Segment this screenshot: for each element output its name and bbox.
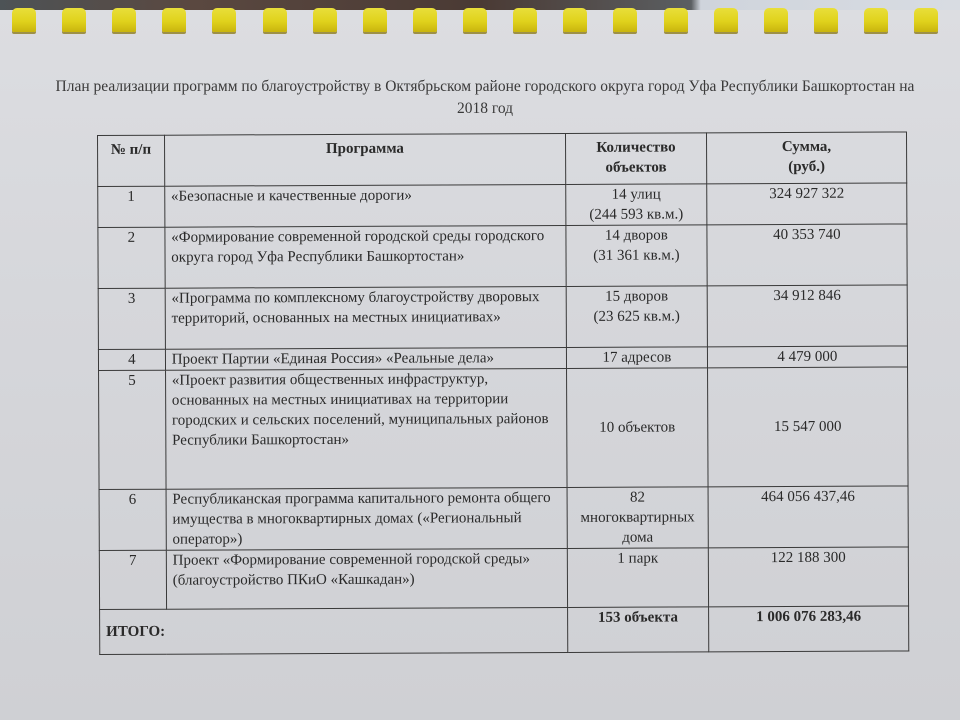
- total-row: ИТОГО: 153 объекта 1 006 076 283,46: [100, 606, 909, 655]
- row-sum: 15 547 000: [707, 367, 908, 487]
- table-row: 1 «Безопасные и качественные дороги» 14 …: [98, 183, 907, 228]
- table-header-row: № п/п Программа Количество объектов Сумм…: [98, 132, 907, 187]
- row-program: «Формирование современной городской сред…: [165, 225, 566, 288]
- row-number: 6: [99, 489, 166, 550]
- table-row: 5 «Проект развития общественных инфрастр…: [99, 367, 909, 490]
- row-number: 1: [98, 186, 165, 227]
- table-row: 7 Проект «Формирование современной город…: [99, 547, 908, 610]
- row-sum: 4 479 000: [707, 346, 907, 368]
- row-number: 2: [98, 227, 165, 288]
- row-program: «Проект развития общественных инфраструк…: [165, 368, 567, 489]
- binding-ring: [12, 8, 36, 32]
- binding-ring: [363, 8, 387, 32]
- row-quantity: 17 адресов: [566, 347, 707, 369]
- header-sum: Сумма, (руб.): [706, 132, 906, 184]
- row-sum: 464 056 437,46: [708, 486, 908, 548]
- row-program: Республиканская программа капитального р…: [166, 487, 567, 550]
- row-sum: 122 188 300: [708, 547, 908, 607]
- row-number: 4: [98, 349, 165, 370]
- binding-ring: [914, 8, 938, 32]
- row-program: Проект Партии «Единая Россия» «Реальные …: [165, 347, 566, 370]
- row-program: «Безопасные и качественные дороги»: [164, 184, 565, 227]
- binding-ring: [764, 8, 788, 32]
- row-quantity: 82 многоквартирных дома: [567, 487, 708, 549]
- binding-ring: [212, 8, 236, 32]
- binding-ring: [112, 8, 136, 32]
- row-program: «Программа по комплексному благоустройст…: [165, 286, 566, 349]
- document-title: План реализации программ по благоустройс…: [40, 76, 930, 120]
- binding-ring: [714, 8, 738, 32]
- row-number: 5: [99, 370, 166, 489]
- row-quantity: 14 дворов (31 361 кв.м.): [566, 225, 707, 287]
- binding-ring: [313, 8, 337, 32]
- table-row: 6 Республиканская программа капитального…: [99, 486, 908, 551]
- row-sum: 40 353 740: [707, 224, 907, 286]
- table-row: 3 «Программа по комплексному благоустрой…: [98, 285, 907, 350]
- binding-ring: [263, 8, 287, 32]
- row-quantity: 10 объектов: [566, 368, 707, 488]
- table-row: 4 Проект Партии «Единая Россия» «Реальны…: [98, 346, 907, 371]
- row-quantity: 15 дворов (23 625 кв.м.): [566, 286, 707, 348]
- total-label: ИТОГО:: [100, 607, 568, 654]
- binding-ring: [864, 8, 888, 32]
- binding-ring: [413, 8, 437, 32]
- header-program: Программа: [164, 133, 565, 186]
- binding-ring: [814, 8, 838, 32]
- binding-ring: [613, 8, 637, 32]
- table-row: 2 «Формирование современной городской ср…: [98, 224, 907, 289]
- header-number: № п/п: [98, 135, 165, 186]
- binding-ring: [664, 8, 688, 32]
- row-quantity: 14 улиц (244 593 кв.м.): [566, 184, 707, 226]
- header-quantity: Количество объектов: [565, 133, 706, 185]
- total-quantity: 153 объекта: [568, 607, 709, 653]
- binding-ring: [563, 8, 587, 32]
- program-plan-table: № п/п Программа Количество объектов Сумм…: [97, 131, 909, 655]
- row-sum: 324 927 322: [707, 183, 907, 225]
- row-sum: 34 912 846: [707, 285, 907, 347]
- total-sum: 1 006 076 283,46: [708, 606, 908, 652]
- binding-ring: [162, 8, 186, 32]
- row-number: 7: [99, 550, 166, 609]
- spiral-binding: [0, 4, 960, 34]
- row-quantity: 1 парк: [567, 548, 708, 608]
- binding-ring: [463, 8, 487, 32]
- row-number: 3: [98, 288, 165, 349]
- binding-ring: [62, 8, 86, 32]
- binding-ring: [513, 8, 537, 32]
- row-program: Проект «Формирование современной городск…: [166, 548, 567, 609]
